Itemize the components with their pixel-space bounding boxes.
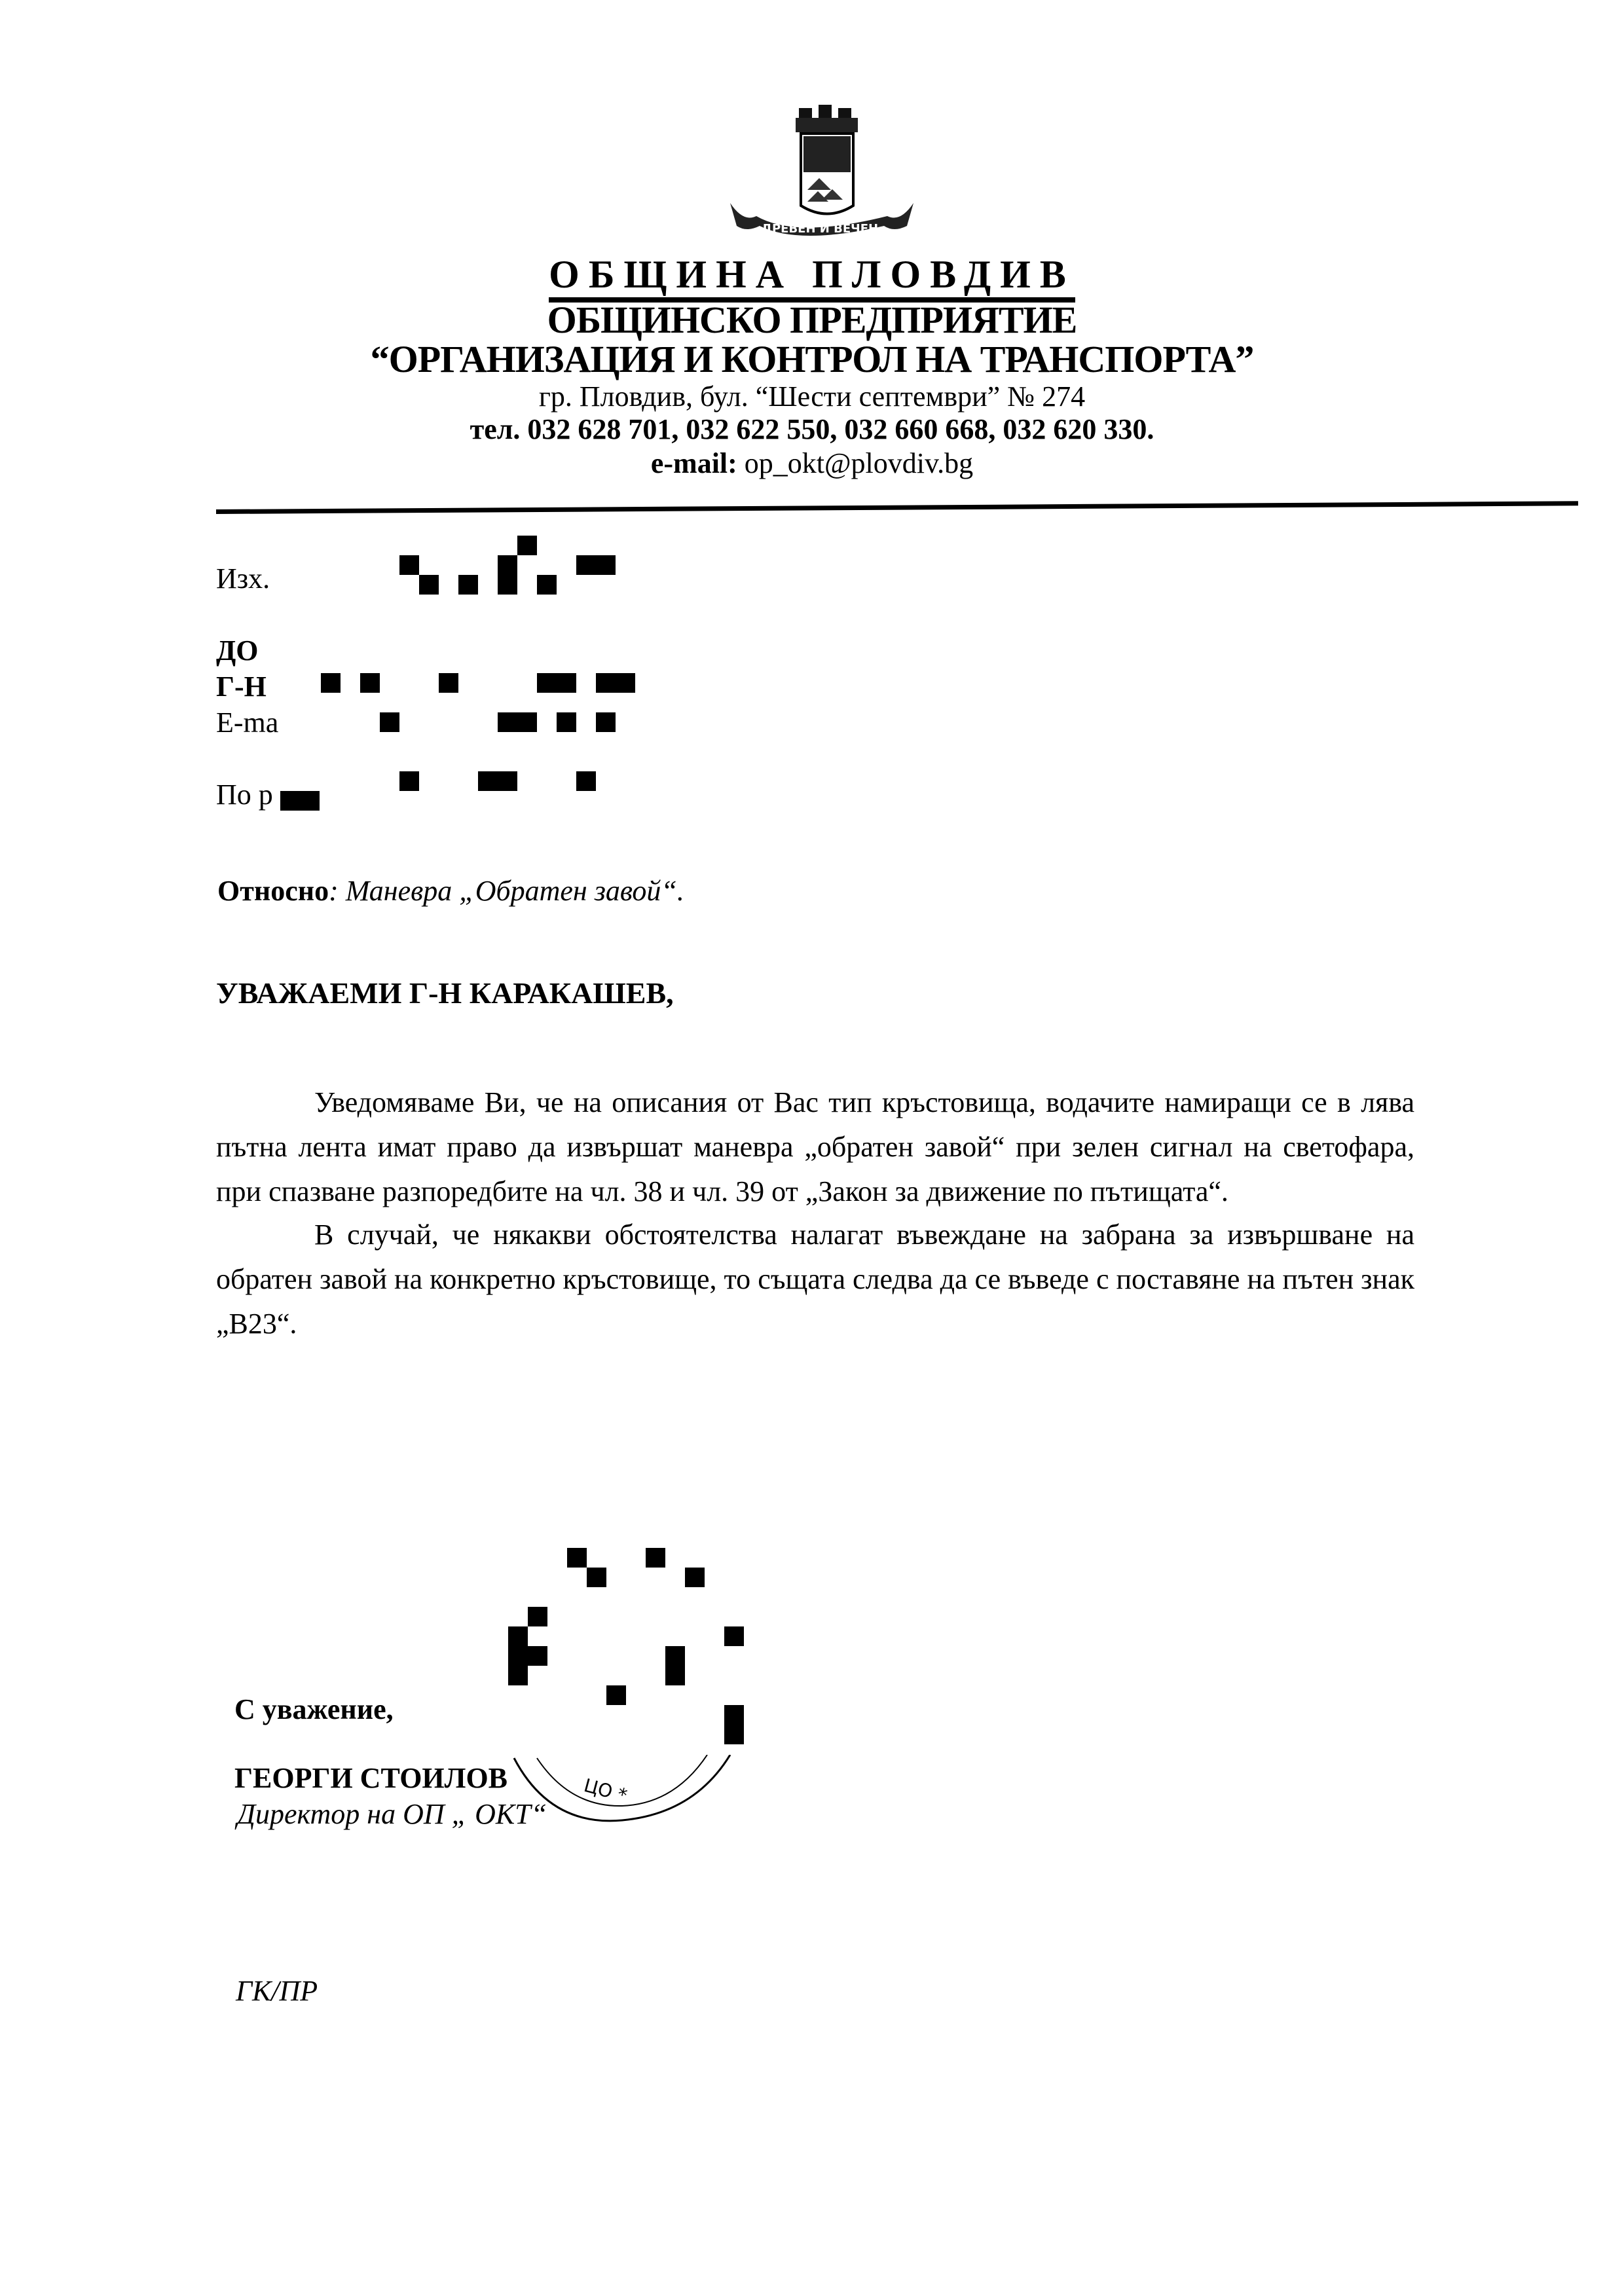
paragraph-text: Уведомяваме Ви, че на описания от Вас ти… [216,1086,1414,1207]
signer-name: ГЕОРГИ СТОИЛОВ [234,1761,507,1795]
enterprise-title: ОБЩИНСКО ПРЕДПРИЯТИЕ [0,298,1624,342]
subject-label: Относно [217,875,329,907]
municipality-title: ОБЩИНА ПЛОВДИВ [0,252,1624,297]
stamp-icon: ЦО * [511,1755,733,1827]
stamp-text: ЦО * [581,1774,629,1807]
recipient-label: Г-Н [216,670,267,703]
email-line: e-mail: op_okt@plovdiv.bg [0,447,1624,480]
email-value[interactable]: op_okt@plovdiv.bg [745,447,973,479]
municipality-name: ОБЩИНА ПЛОВДИВ [549,253,1075,303]
body-paragraph: В случай, че някакви обстоятелства налаг… [216,1213,1414,1346]
body-paragraph: Уведомяваме Ви, че на описания от Вас ти… [216,1080,1414,1214]
subject-line: Относно: Маневра „Обратен завой“. [217,874,684,908]
reference-label: По р [216,778,273,811]
salutation: УВАЖАЕМИ Г-Н КАРАКАШЕВ, [216,976,674,1010]
email-label: e-mail: [651,447,737,479]
crest-motto: ДРЕВЕН И ВЕЧЕН [762,222,878,236]
subject-text: : Маневра „Обратен завой“. [329,875,684,907]
coat-of-arms-icon: ДРЕВЕН И ВЕЧЕН [691,85,950,249]
signer-title: Директор на ОП „ ОКТ“ [237,1797,547,1831]
header-divider [216,501,1578,514]
address: гр. Пловдив, бул. “Шести септември” № 27… [0,380,1624,413]
phones: тел. 032 628 701, 032 622 550, 032 660 6… [0,413,1624,446]
document-initials: ГК/ПР [236,1974,318,2008]
outgoing-number-label: Изх. [216,562,270,595]
paragraph-text: В случай, че някакви обстоятелства налаг… [216,1219,1414,1340]
to-label: ДО [216,634,259,667]
enterprise-name: “ОРГАНИЗАЦИЯ И КОНТРОЛ НА ТРАНСПОРТА” [0,337,1624,381]
recipient-email-label: E-ma [216,706,278,739]
closing-regards: С уважение, [234,1693,394,1726]
